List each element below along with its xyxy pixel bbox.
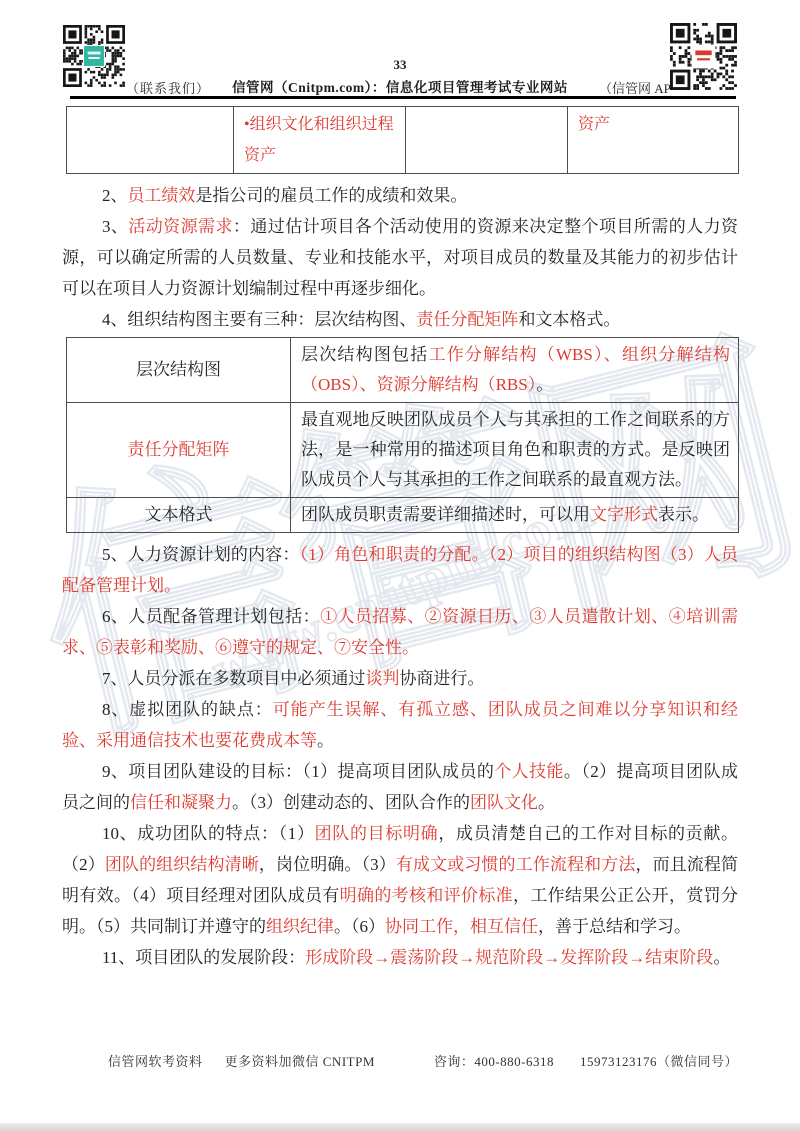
- body-text: 文本格式: [145, 505, 213, 524]
- body-text: 4、组织结构图主要有三种：层次结构图、: [102, 310, 417, 329]
- table-cell-desc: 层次结构图包括工作分解结构（WBS）、组织分解结构（OBS）、资源分解结构（RB…: [291, 338, 739, 403]
- note-paragraph-7: 7、人员分派在多数项目中必须通过谈判协商进行。: [62, 663, 738, 694]
- body-text: 7、人员分派在多数项目中必须通过: [102, 669, 366, 688]
- table-row: •组织文化和组织过程资产 资产: [67, 107, 739, 174]
- table-cell: [406, 107, 568, 174]
- note-paragraph-8: 8、虚拟团队的缺点：可能产生误解、有孤立感、团队成员之间难以分享知识和经验、采用…: [62, 694, 738, 756]
- body-text: 。: [713, 948, 730, 967]
- footer-left: 信管网软考资料 更多资料加微信 CNITPM: [62, 1051, 375, 1070]
- body-text: 和文本格式。: [518, 310, 620, 329]
- highlighted-term: 员工绩效: [127, 186, 195, 205]
- highlighted-term: 责任分配矩阵: [416, 310, 518, 329]
- note-paragraph-3: 3、活动资源需求：通过估计项目各个活动使用的资源来决定整个项目所需的人力资源，可…: [62, 211, 738, 304]
- body-text: 是指公司的雇员工作的成绩和效果。: [195, 186, 467, 205]
- highlighted-term: 有成文或习惯的工作流程和方法: [396, 855, 636, 874]
- highlighted-term: 明确的考核和评价标准: [340, 886, 513, 905]
- org-structure-table: 层次结构图 层次结构图包括工作分解结构（WBS）、组织分解结构（OBS）、资源分…: [66, 337, 739, 533]
- body-text: 5、人力资源计划的内容：: [102, 545, 300, 564]
- body-text: 6、人员配备管理计划包括：: [102, 607, 320, 626]
- body-text: 最直观地反映团队成员个人与其承担的工作之间联系的方法，是一种常用的描述项目角色和…: [301, 410, 730, 489]
- note-paragraph-10: 10、成功团队的特点：（1）团队的目标明确，成员清楚自己的工作对目标的贡献。（2…: [62, 818, 738, 942]
- note-paragraph-5: 5、人力资源计划的内容：（1）角色和职责的分配。（2）项目的组织结构图（3）人员…: [62, 539, 738, 601]
- body-text: 。: [536, 375, 553, 394]
- body-text: ，岗位明确。（3）: [259, 855, 396, 874]
- body-text: 。（3）创建动态的、团队合作的: [232, 793, 470, 812]
- footer-hotline-text: 咨询：400-880-6318: [434, 1051, 554, 1070]
- body-text: 协商进行。: [399, 669, 484, 688]
- notes-list: 2、员工绩效是指公司的雇员工作的成绩和效果。 3、活动资源需求：通过估计项目各个…: [62, 180, 738, 335]
- header-divider: [70, 96, 736, 99]
- table-row: 层次结构图 层次结构图包括工作分解结构（WBS）、组织分解结构（OBS）、资源分…: [67, 338, 739, 403]
- content-column: •组织文化和组织过程资产 资产 2、员工绩效是指公司的雇员工作的成绩和效果。 3…: [62, 106, 738, 973]
- highlighted-term: 谈判: [365, 669, 399, 688]
- table-cell: 资产: [568, 107, 739, 174]
- body-text: 11、项目团队的发展阶段：: [102, 948, 305, 967]
- document-page: 信管网 www.cnitpm.com （联系我们） 33 信管网（Cnitpm.…: [0, 0, 800, 1131]
- page-footer: 信管网软考资料 更多资料加微信 CNITPM 咨询：400-880-6318 1…: [62, 1051, 738, 1070]
- table-row: 责任分配矩阵 最直观地反映团队成员个人与其承担的工作之间联系的方法，是一种常用的…: [67, 403, 739, 498]
- note-paragraph-2: 2、员工绩效是指公司的雇员工作的成绩和效果。: [62, 180, 738, 211]
- table-cell: •组织文化和组织过程资产: [234, 107, 406, 174]
- table-cell-label: 责任分配矩阵: [67, 403, 291, 498]
- note-paragraph-4: 4、组织结构图主要有三种：层次结构图、责任分配矩阵和文本格式。: [62, 304, 738, 335]
- table-cell: [67, 107, 234, 174]
- app-label: （信管网 AP: [599, 78, 671, 97]
- footer-right: 咨询：400-880-6318 15973123176（微信同号）: [434, 1051, 738, 1070]
- app-qr-code-icon: [670, 23, 737, 90]
- highlighted-term: 活动资源需求: [128, 217, 233, 236]
- table-cell-label: 层次结构图: [67, 338, 291, 403]
- footer-brand-text: 信管网软考资料: [108, 1051, 203, 1070]
- body-text: 。: [538, 793, 555, 812]
- highlighted-term: 资产: [578, 116, 610, 133]
- body-text: 团队成员职责需要详细描述时，可以用: [301, 505, 590, 524]
- note-paragraph-9: 9、项目团队建设的目标：（1）提高项目团队成员的个人技能。（2）提高项目团队成员…: [62, 756, 738, 818]
- table-cell-label: 文本格式: [67, 498, 291, 533]
- footer-phone-text: 15973123176（微信同号）: [580, 1051, 738, 1070]
- continuation-table: •组织文化和组织过程资产 资产: [66, 106, 739, 174]
- body-text: 。: [317, 731, 334, 750]
- highlighted-term: 形成阶段→震荡阶段→规范阶段→发挥阶段→结束阶段: [305, 948, 713, 967]
- note-paragraph-11: 11、项目团队的发展阶段：形成阶段→震荡阶段→规范阶段→发挥阶段→结束阶段。: [62, 942, 738, 973]
- highlighted-term: 文字形式: [590, 505, 658, 524]
- highlighted-term: 组织纪律: [266, 917, 334, 936]
- body-text: 。（6）: [334, 917, 385, 936]
- body-text: 层次结构图包括: [301, 345, 428, 364]
- table-row: 文本格式 团队成员职责需要详细描述时，可以用文字形式表示。: [67, 498, 739, 533]
- body-text: 8、虚拟团队的缺点：: [102, 700, 273, 719]
- highlighted-term: 团队文化: [470, 793, 538, 812]
- note-paragraph-6: 6、人员配备管理计划包括：①人员招募、②资源日历、③人员遣散计划、④培训需求、⑤…: [62, 601, 738, 663]
- highlighted-term: 团队的组织结构清晰: [105, 855, 259, 874]
- highlighted-term: •组织文化和组织过程资产: [244, 116, 394, 164]
- table-cell-desc: 最直观地反映团队成员个人与其承担的工作之间联系的方法，是一种常用的描述项目角色和…: [291, 403, 739, 498]
- highlighted-term: 团队的目标明确: [315, 824, 439, 843]
- table-cell-desc: 团队成员职责需要详细描述时，可以用文字形式表示。: [291, 498, 739, 533]
- body-text: 表示。: [658, 505, 709, 524]
- body-text: 2、: [102, 186, 128, 205]
- highlighted-term: 个人技能: [494, 762, 564, 781]
- body-text: 10、成功团队的特点：（1）: [102, 824, 315, 843]
- footer-wechat-text: 更多资料加微信 CNITPM: [225, 1051, 375, 1070]
- body-text: ，善于总结和学习。: [538, 917, 691, 936]
- highlighted-term: 责任分配矩阵: [128, 440, 230, 459]
- body-text: 9、项目团队建设的目标：（1）提高项目团队成员的: [102, 762, 494, 781]
- notes-list-2: 5、人力资源计划的内容：（1）角色和职责的分配。（2）项目的组织结构图（3）人员…: [62, 539, 738, 973]
- body-text: 3、: [102, 217, 128, 236]
- highlighted-term: 信任和凝聚力: [130, 793, 232, 812]
- body-text: 层次结构图: [136, 360, 221, 379]
- highlighted-term: 协同工作，相互信任: [385, 917, 538, 936]
- page-bottom-edge: [0, 1123, 800, 1131]
